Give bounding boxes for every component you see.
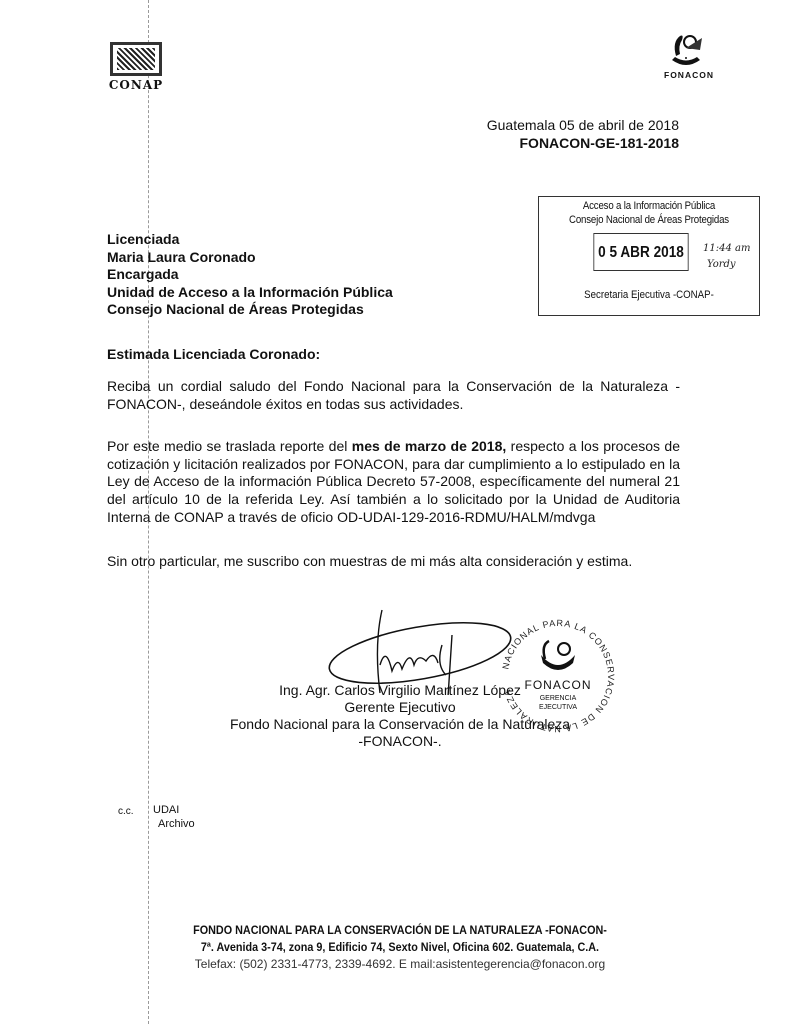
p2-highlight: mes de marzo de 2018, bbox=[352, 438, 507, 454]
body-paragraph-2: Por este medio se traslada reporte del m… bbox=[107, 438, 680, 527]
recipient-title: Licenciada bbox=[107, 231, 393, 249]
place-date: Guatemala 05 de abril de 2018 bbox=[487, 116, 679, 134]
signatory-position: Gerente Ejecutivo bbox=[200, 699, 600, 716]
stamp-date: 0 5 ABR 2018 bbox=[593, 233, 688, 271]
letterhead-footer: FONDO NACIONAL PARA LA CONSERVACIÓN DE L… bbox=[150, 922, 650, 973]
received-stamp: Acceso a la Información Pública Consejo … bbox=[538, 196, 760, 316]
cc-item: Archivo bbox=[153, 817, 233, 831]
p2-text-before: Por este medio se traslada reporte del bbox=[107, 438, 352, 454]
conap-logo-text: CONAP bbox=[104, 78, 168, 92]
recipient-name: Maria Laura Coronado bbox=[107, 249, 393, 267]
letter-header: Guatemala 05 de abril de 2018 FONACON-GE… bbox=[487, 116, 679, 152]
recipient-block: Licenciada Maria Laura Coronado Encargad… bbox=[107, 231, 393, 319]
signatory-block: Ing. Agr. Carlos Virgilio Martínez López… bbox=[200, 682, 600, 750]
closing-paragraph: Sin otro particular, me suscribo con mue… bbox=[107, 553, 680, 571]
body-paragraph-1: Reciba un cordial saludo del Fondo Nacio… bbox=[107, 378, 680, 413]
footer-contact: Telefax: (502) 2331-4773, 2339-4692. E m… bbox=[150, 956, 650, 973]
signatory-organization: Fondo Nacional para la Conservación de l… bbox=[200, 716, 600, 733]
signatory-name: Ing. Agr. Carlos Virgilio Martínez López bbox=[200, 682, 600, 699]
conap-logo-icon: CONAP bbox=[104, 40, 168, 92]
reference-number: FONACON-GE-181-2018 bbox=[487, 134, 679, 152]
stamp-line-1: Acceso a la Información Pública bbox=[552, 200, 746, 212]
salutation: Estimada Licenciada Coronado: bbox=[107, 346, 320, 362]
stamp-handwritten-name: Yordy bbox=[707, 259, 736, 270]
cc-item: UDAI bbox=[153, 803, 233, 817]
stamp-line-2: Consejo Nacional de Áreas Protegidas bbox=[552, 214, 746, 226]
recipient-unit: Unidad de Acceso a la Información Públic… bbox=[107, 284, 393, 302]
recipient-organization: Consejo Nacional de Áreas Protegidas bbox=[107, 301, 393, 319]
stamp-line-3: Secretaria Ejecutiva -CONAP- bbox=[552, 289, 746, 301]
fonacon-logo-text: FONACON bbox=[648, 70, 730, 80]
recipient-position: Encargada bbox=[107, 266, 393, 284]
footer-org-name: FONDO NACIONAL PARA LA CONSERVACIÓN DE L… bbox=[175, 922, 625, 939]
footer-address: 7ª. Avenida 3-74, zona 9, Edificio 74, S… bbox=[175, 939, 625, 956]
fonacon-logo-icon: FONACON bbox=[648, 30, 730, 86]
stamp-handwritten-time: 11:44 am bbox=[703, 243, 750, 254]
cc-label: c.c. bbox=[118, 805, 134, 819]
signatory-acronym: -FONACON-. bbox=[200, 733, 600, 750]
